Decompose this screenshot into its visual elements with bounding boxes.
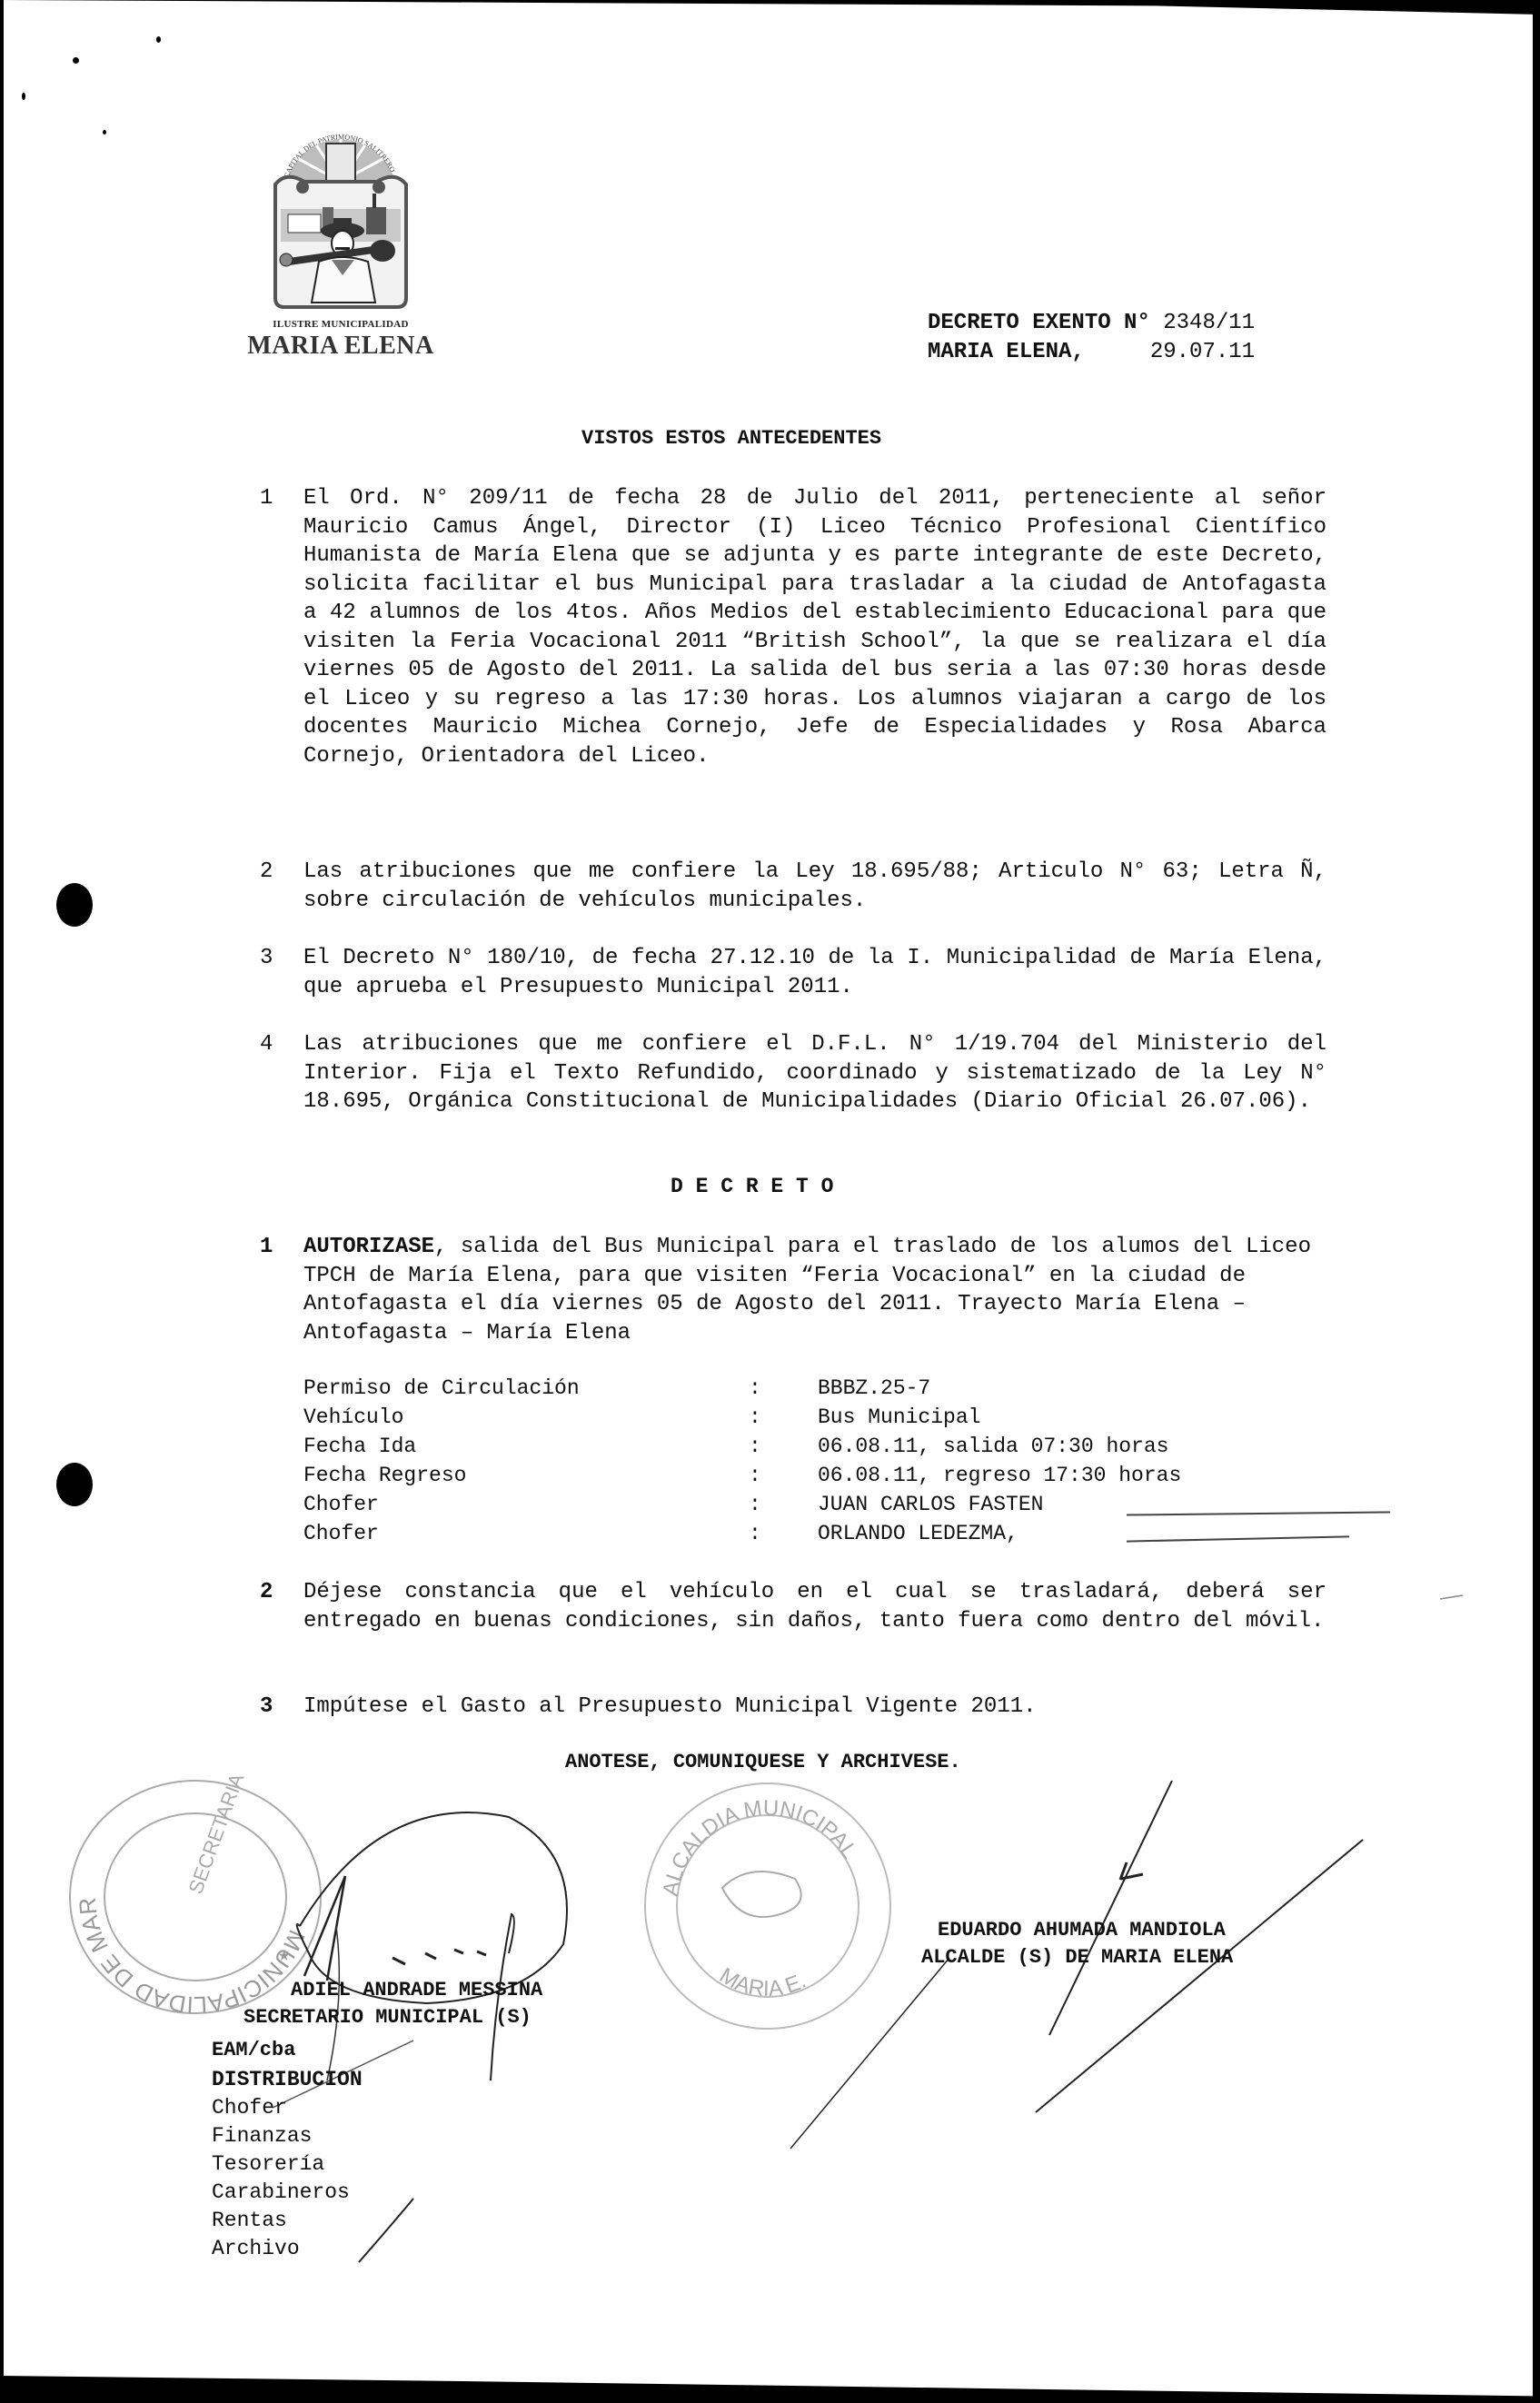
distribution-item: Rentas: [212, 2207, 363, 2235]
decreto-item-1: 1 AUTORIZASE, salida del Bus Municipal p…: [260, 1233, 1326, 1347]
svg-text:MUNICIPALIDAD DE MARIA ELENA: MUNICIPALIDAD DE MARIA ELENA: [64, 1774, 311, 2019]
place-label: MARIA ELENA,: [928, 340, 1085, 364]
distribution-item: Finanzas: [212, 2122, 363, 2150]
item-number: 1: [260, 1233, 273, 1262]
item-text: El Decreto N° 180/10, de fecha 27.12.10 …: [303, 944, 1326, 1001]
item-number: 1: [260, 484, 273, 513]
scan-speck: [73, 57, 79, 64]
secretary-title: SECRETARIO MUNICIPAL (S): [243, 2006, 532, 2029]
redaction-mark: [1127, 1511, 1390, 1515]
scan-speck: [103, 130, 106, 134]
scan-border-top: [0, 0, 1540, 15]
distribution-item: Tesorería: [212, 2150, 363, 2179]
item-text: Las atribuciones que me confiere el D.F.…: [303, 1030, 1326, 1117]
distribution-title: DISTRIBUCION: [212, 2066, 363, 2094]
decree-date: 29.07.11: [1150, 340, 1255, 364]
scan-border-right: [1533, 0, 1540, 2403]
distribution-item: Carabineros: [212, 2179, 363, 2207]
item-text: El Ord. N° 209/11 de fecha 28 de Julio d…: [303, 484, 1326, 770]
scan-border-bottom: [0, 2376, 1540, 2403]
svg-text:MARIA E.: MARIA E.: [715, 1963, 810, 2001]
item-number: 2: [260, 1578, 273, 1607]
item-lead: AUTORIZASE: [303, 1235, 434, 1259]
decree-label: DECRETO EXENTO N°: [928, 311, 1150, 335]
item-text: Déjese constancia que el vehículo en el …: [303, 1578, 1326, 1635]
vistos-item-1: 1 El Ord. N° 209/11 de fecha 28 de Julio…: [260, 484, 1326, 770]
decreto-item-3: 3 Impútese el Gasto al Presupuesto Munic…: [260, 1693, 1326, 1722]
decree-reference: DECRETO EXENTO N° 2348/11 MARIA ELENA, 2…: [928, 309, 1255, 367]
mayor-title: ALCALDE (S) DE MARIA ELENA: [921, 1946, 1233, 1969]
scan-border-left: [0, 0, 4, 2403]
logo-name: MARIA ELENA: [238, 332, 443, 361]
decreto-heading: D E C R E T O: [671, 1175, 833, 1198]
decree-number: 2348/11: [1163, 311, 1255, 335]
item-number: 2: [260, 858, 273, 887]
vistos-item-2: 2 Las atribuciones que me confiere la Le…: [260, 858, 1326, 915]
vistos-item-4: 4 Las atribuciones que me confiere el D.…: [260, 1030, 1326, 1117]
vistos-heading: VISTOS ESTOS ANTECEDENTES: [581, 427, 881, 450]
svg-text:SECRETARIA MUNICIPAL: SECRETARIA MUNICIPAL: [184, 1774, 286, 1897]
item-number: 3: [260, 944, 273, 973]
distribution-item: Chofer: [212, 2094, 363, 2122]
punch-hole: [56, 1463, 93, 1506]
item-text: Impútese el Gasto al Presupuesto Municip…: [303, 1693, 1326, 1722]
redaction-mark: [1127, 1535, 1349, 1542]
item-text: AUTORIZASE, salida del Bus Municipal par…: [303, 1233, 1326, 1347]
punch-hole: [56, 883, 93, 927]
mayor-signature-block: EDUARDO AHUMADA MANDIOLA ALCALDE (S) DE …: [938, 1917, 1233, 1971]
svg-text:★: ★: [278, 1944, 290, 1967]
coat-of-arms-icon: CAPITAL DEL PATRIMONIO SALITRERO: [268, 116, 413, 312]
secretary-signature-block: ADIEL ANDRADE MESSINA SECRETARIO MUNICIP…: [291, 1977, 542, 2031]
item-number: 3: [260, 1693, 273, 1722]
secretary-name: ADIEL ANDRADE MESSINA: [291, 1979, 542, 2001]
typist-initials: EAM/cba: [212, 2039, 295, 2061]
item-text: Las atribuciones que me confiere la Ley …: [303, 858, 1326, 915]
decreto-item-2: 2 Déjese constancia que el vehículo en e…: [260, 1578, 1326, 1635]
scan-speck: [22, 93, 25, 100]
scan-speck: [156, 36, 161, 43]
item-number: 4: [260, 1030, 273, 1059]
logo-subtitle: ILUSTRE MUNICIPALIDAD: [238, 319, 443, 330]
distribution-item: Archivo: [212, 2235, 363, 2263]
distribution-list: DISTRIBUCION Chofer Finanzas Tesorería C…: [212, 2066, 363, 2263]
closing-formula: ANOTESE, COMUNIQUESE Y ARCHIVESE.: [565, 1751, 961, 1773]
alcaldia-stamp: ALCALDIA MUNICIPAL MARIA E.: [641, 1779, 895, 2033]
vistos-item-3: 3 El Decreto N° 180/10, de fecha 27.12.1…: [260, 944, 1326, 1001]
municipality-logo: CAPITAL DEL PATRIMONIO SALITRERO ILUSTRE…: [238, 116, 443, 369]
secretaria-stamp: MUNICIPALIDAD DE MARIA ELENA SECRETARIA …: [64, 1774, 327, 2020]
mayor-name: EDUARDO AHUMADA MANDIOLA: [938, 1919, 1226, 1941]
